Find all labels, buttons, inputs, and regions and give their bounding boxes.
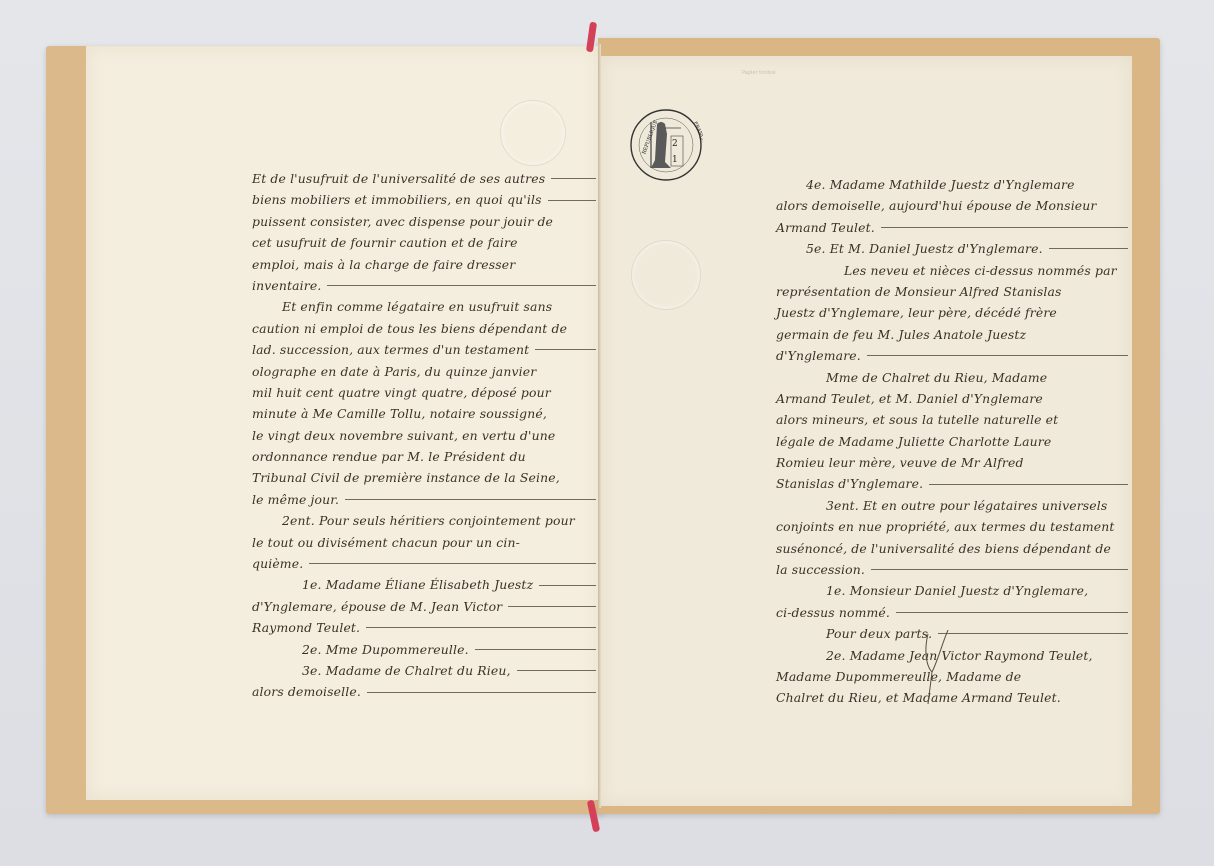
text-line: Romieu leur mère, veuve de Mr Alfred [776, 452, 1128, 473]
text-line: Et enfin comme légataire en usufruit san… [252, 296, 596, 317]
text-line: cet usufruit de fournir caution et de fa… [252, 232, 596, 253]
text-line: 5e. Et M. Daniel Juestz d'Ynglemare. [776, 238, 1128, 259]
text-line: ci-dessus nommé. [776, 602, 1128, 623]
text-line: Les neveu et nièces ci-dessus nommés par [776, 260, 1128, 281]
text-line: 1e. Madame Éliane Élisabeth Juestz [252, 574, 596, 595]
text-line: minute à Me Camille Tollu, notaire souss… [252, 403, 596, 424]
text-line: le tout ou divisément chacun pour un cin… [252, 532, 596, 553]
text-line: alors demoiselle, aujourd'hui épouse de … [776, 195, 1128, 216]
binding-spine [598, 44, 601, 808]
text-line: ordonnance rendue par M. le Président du [252, 446, 596, 467]
text-line: légale de Madame Juliette Charlotte Laur… [776, 431, 1128, 452]
text-line: représentation de Monsieur Alfred Stanis… [776, 281, 1128, 302]
text-line: d'Ynglemare. [776, 345, 1128, 366]
text-line: Stanislas d'Ynglemare. [776, 473, 1128, 494]
text-line: 2e. Mme Dupommereulle. [252, 639, 596, 660]
text-line: quième. [252, 553, 596, 574]
text-line: Tribunal Civil de première instance de l… [252, 467, 596, 488]
text-line: mil huit cent quatre vingt quatre, dépos… [252, 382, 596, 403]
embossed-seal-left [500, 100, 566, 166]
text-line: Armand Teulet. [776, 217, 1128, 238]
right-page-text: 4e. Madame Mathilde Juestz d'Ynglemare a… [776, 174, 1128, 709]
paraph-signature-mark [920, 630, 960, 710]
text-line: lad. succession, aux termes d'un testame… [252, 339, 596, 360]
text-line: biens mobiliers et immobiliers, en quoi … [252, 189, 596, 210]
left-page-text: Et de l'usufruit de l'universalité de se… [252, 168, 596, 703]
svg-text:1: 1 [672, 155, 678, 165]
text-line: alors mineurs, et sous la tutelle nature… [776, 409, 1128, 430]
paper-imprint: Papier timbré [742, 70, 776, 77]
embossed-seal-right [631, 240, 701, 310]
text-line: conjoints en nue propriété, aux termes d… [776, 516, 1128, 537]
text-line: 2ent. Pour seuls héritiers conjointement… [252, 510, 596, 531]
text-line: germain de feu M. Jules Anatole Juestz [776, 324, 1128, 345]
text-line: susénoncé, de l'universalité des biens d… [776, 538, 1128, 559]
text-line: olographe en date à Paris, du quinze jan… [252, 361, 596, 382]
text-line: emploi, mais à la charge de faire dresse… [252, 254, 596, 275]
svg-text:2: 2 [672, 139, 678, 149]
text-line: la succession. [776, 559, 1128, 580]
text-line: d'Ynglemare, épouse de M. Jean Victor [252, 596, 596, 617]
text-line: Armand Teulet, et M. Daniel d'Ynglemare [776, 388, 1128, 409]
text-line: 3ent. Et en outre pour légataires univer… [776, 495, 1128, 516]
text-line: 1e. Monsieur Daniel Juestz d'Ynglemare, [776, 580, 1128, 601]
revenue-stamp-icon: 2 1 REPUBLIQUE FRANÇAISE [629, 108, 703, 182]
text-line: Raymond Teulet. [252, 617, 596, 638]
text-line: alors demoiselle. [252, 681, 596, 702]
text-line: le vingt deux novembre suivant, en vertu… [252, 425, 596, 446]
text-line: 3e. Madame de Chalret du Rieu, [252, 660, 596, 681]
text-line: 4e. Madame Mathilde Juestz d'Ynglemare [776, 174, 1128, 195]
text-line: Et de l'usufruit de l'universalité de se… [252, 168, 596, 189]
text-line: Juestz d'Ynglemare, leur père, décédé fr… [776, 302, 1128, 323]
text-line: puissent consister, avec dispense pour j… [252, 211, 596, 232]
text-line: Mme de Chalret du Rieu, Madame [776, 367, 1128, 388]
text-line: inventaire. [252, 275, 596, 296]
text-line: le même jour. [252, 489, 596, 510]
text-line: caution ni emploi de tous les biens dépe… [252, 318, 596, 339]
